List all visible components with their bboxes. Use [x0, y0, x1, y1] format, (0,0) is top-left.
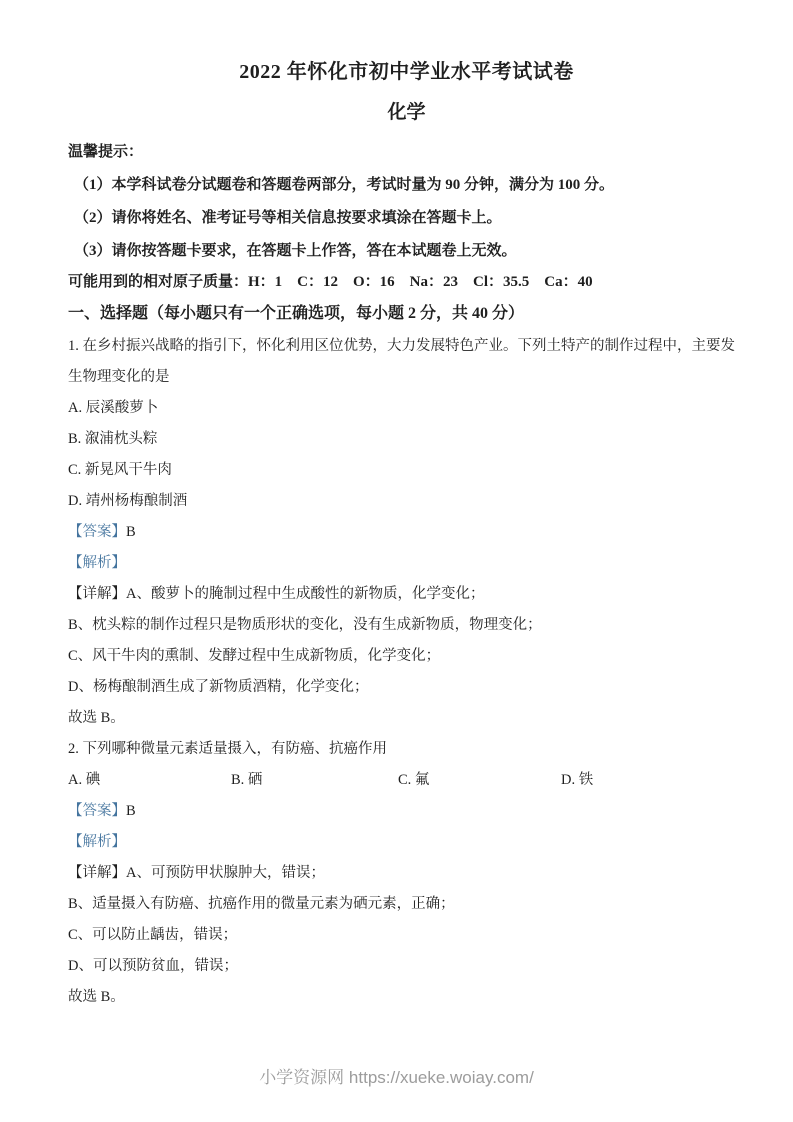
answer-value: B — [126, 803, 136, 819]
question-2-answer-line: 【答案】B — [68, 804, 745, 819]
question-2-detail-3: C、可以防止龋齿，错误； — [68, 928, 745, 943]
question-2-conclusion: 故选 B。 — [68, 990, 745, 1005]
question-1-conclusion: 故选 B。 — [68, 711, 745, 726]
answer-label: 【答案】 — [68, 803, 126, 819]
question-2-stem-line-1: 2. 下列哪种微量元素适量摄入，有防癌、抗癌作用 — [68, 742, 745, 757]
question-2-option-b: B. 硒 — [231, 773, 398, 788]
footer-site-name: 小学资源网 — [259, 1068, 344, 1087]
footer-site-url: https://xueke.woiay.com/ — [349, 1068, 534, 1087]
question-1-detail-4: D、杨梅酿制酒生成了新物质酒精，化学变化； — [68, 680, 745, 695]
question-1-analysis-line: 【解析】 — [68, 556, 745, 571]
tips-heading: 温馨提示： — [68, 144, 745, 161]
question-2-options-row: A. 碘B. 硒C. 氟D. 铁 — [68, 773, 745, 788]
question-1-option-d: D. 靖州杨梅酿制酒 — [68, 494, 745, 509]
atomic-mass-line: 可能用到的相对原子质量：H：1 C：12 O：16 Na：23 Cl：35.5 … — [68, 274, 745, 291]
exam-document-page: 2022 年怀化市初中学业水平考试试卷 化学 温馨提示： （1）本学科试卷分试题… — [0, 0, 793, 1122]
answer-label: 【答案】 — [68, 524, 126, 540]
answer-value: B — [126, 524, 136, 540]
question-1-stem-line-1: 1. 在乡村振兴战略的指引下，怀化利用区位优势，大力发展特色产业。下列土特产的制… — [68, 339, 745, 354]
analysis-label: 【解析】 — [68, 834, 126, 850]
question-2-option-a: A. 碘 — [68, 773, 231, 788]
section-heading: 一、选择题（每小题只有一个正确选项，每小题 2 分，共 40 分） — [68, 305, 745, 323]
question-2-detail-1: 【详解】A、可预防甲状腺肿大，错误； — [68, 866, 745, 881]
question-1-option-b: B. 溆浦枕头粽 — [68, 432, 745, 447]
question-2-option-c: C. 氟 — [398, 773, 561, 788]
question-1-stem-line-2: 生物理变化的是 — [68, 370, 745, 385]
question-1-option-c: C. 新晃风干牛肉 — [68, 463, 745, 478]
analysis-label: 【解析】 — [68, 555, 126, 571]
tip-item-3: （3）请你按答题卡要求，在答题卡上作答，答在本试题卷上无效。 — [68, 243, 745, 260]
question-2-detail-2: B、适量摄入有防癌、抗癌作用的微量元素为硒元素，正确； — [68, 897, 745, 912]
question-1-detail-2: B、枕头粽的制作过程只是物质形状的变化，没有生成新物质，物理变化； — [68, 618, 745, 633]
question-1-option-a: A. 辰溪酸萝卜 — [68, 401, 745, 416]
document-title: 2022 年怀化市初中学业水平考试试卷 — [68, 58, 745, 86]
question-2-analysis-line: 【解析】 — [68, 835, 745, 850]
question-1-detail-3: C、风干牛肉的熏制、发酵过程中生成新物质，化学变化； — [68, 649, 745, 664]
question-1-answer-line: 【答案】B — [68, 525, 745, 540]
question-1-detail-1: 【详解】A、酸萝卜的腌制过程中生成酸性的新物质，化学变化； — [68, 587, 745, 602]
footer-watermark: 小学资源网 https://xueke.woiay.com/ — [0, 1066, 793, 1090]
tip-item-2: （2）请你将姓名、准考证号等相关信息按要求填涂在答题卡上。 — [68, 210, 745, 227]
question-2-option-d: D. 铁 — [561, 773, 593, 788]
document-subject: 化学 — [68, 100, 745, 126]
question-2-detail-4: D、可以预防贫血，错误； — [68, 959, 745, 974]
tip-item-1: （1）本学科试卷分试题卷和答题卷两部分，考试时量为 90 分钟，满分为 100 … — [68, 177, 745, 194]
